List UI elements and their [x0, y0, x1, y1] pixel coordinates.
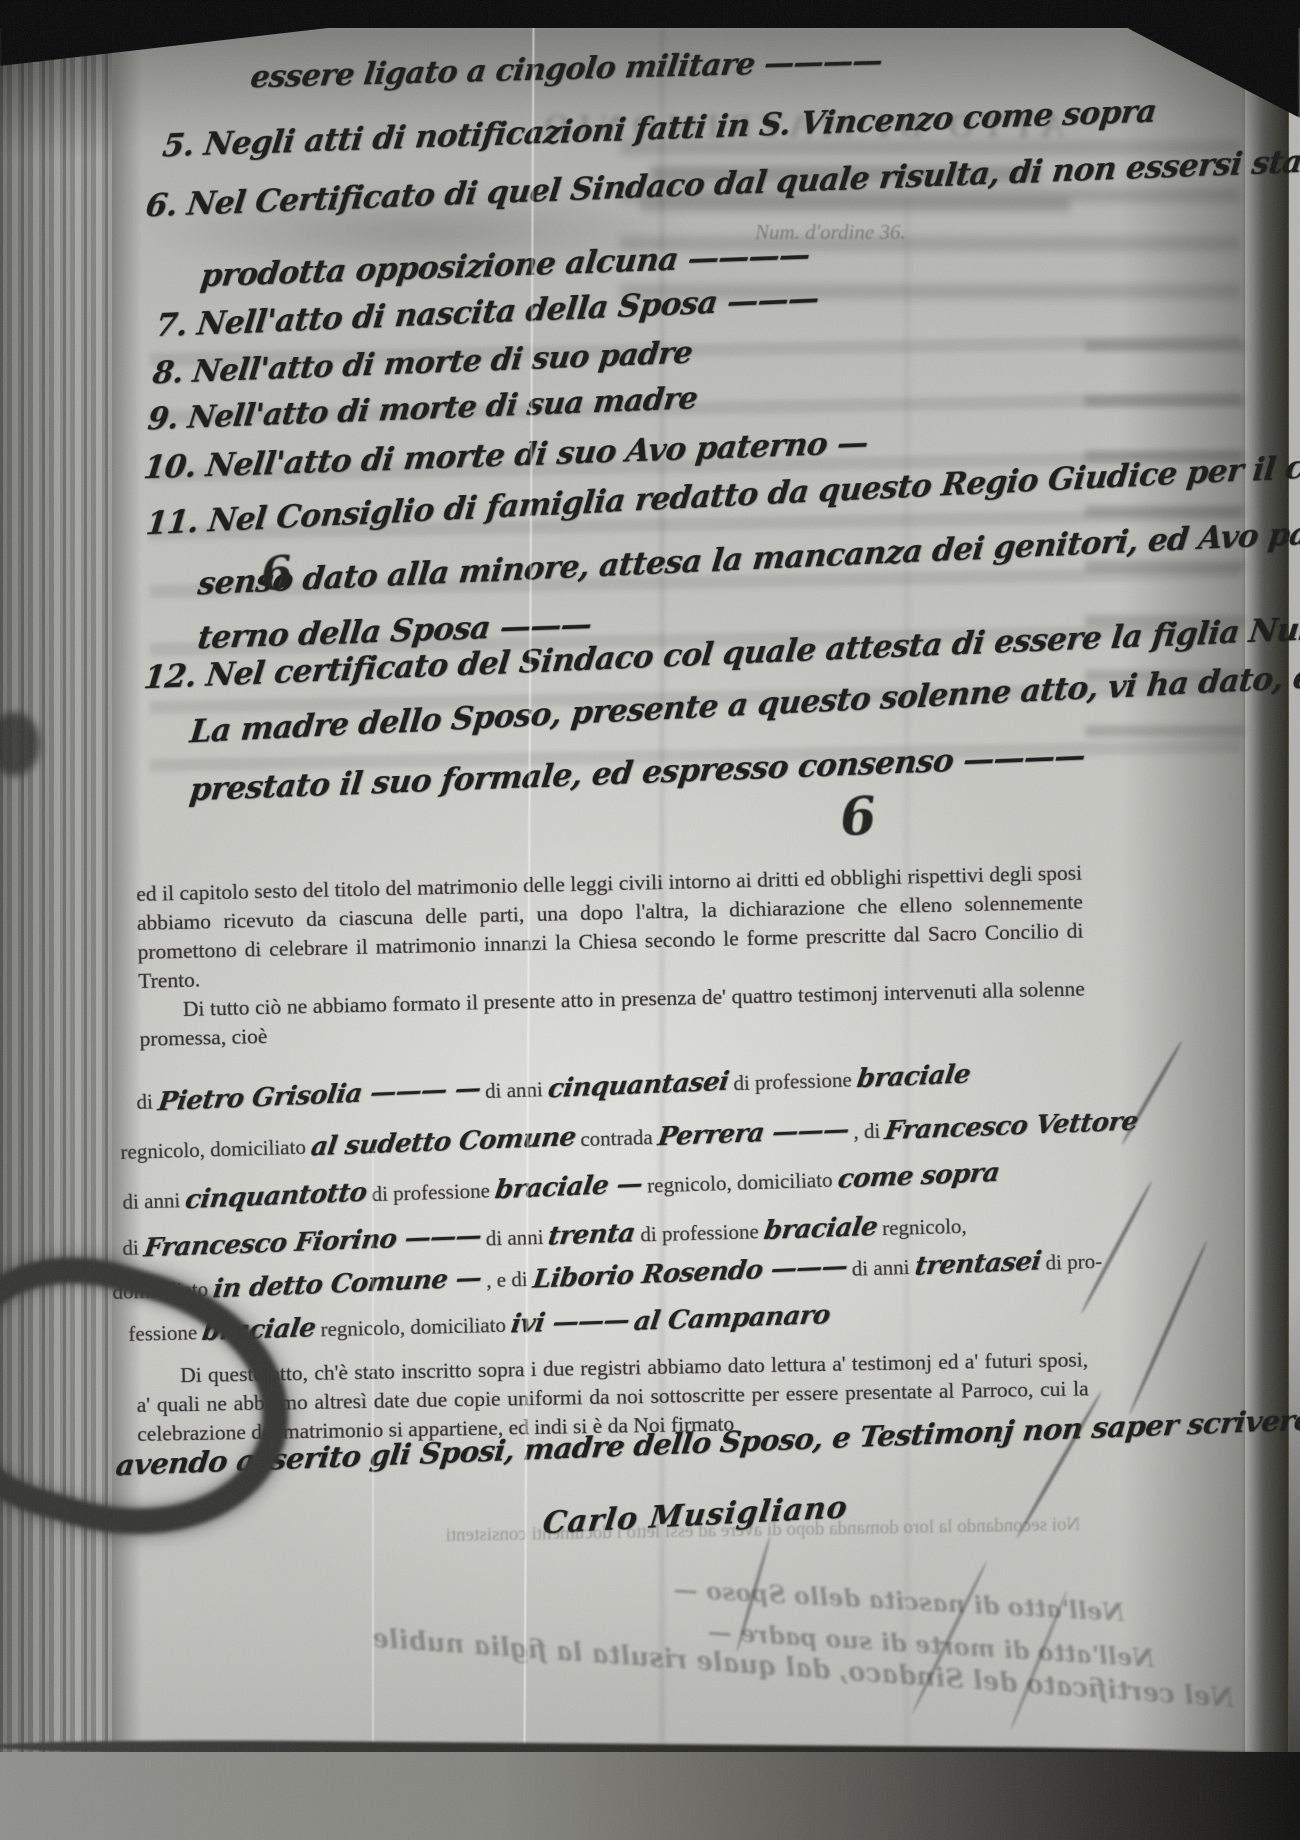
printed-fragment: di	[122, 1235, 144, 1260]
printed-fragment: di professione	[366, 1178, 496, 1206]
printed-fragment: regnicolo, domiciliato	[120, 1135, 311, 1164]
printed-declaration-paragraph: ed il capitolo sesto del titolo del matr…	[136, 859, 1086, 1054]
adjacent-page-edge	[1289, 0, 1300, 1840]
paper-fold-line	[905, 200, 909, 1760]
page-bottom-edge	[0, 1752, 1300, 1840]
printed-fragment: di anni	[122, 1188, 186, 1214]
ink-flourish-6: 6	[838, 785, 878, 848]
handwritten-profession: braciale	[762, 1212, 879, 1246]
handwritten-profession: braciale —	[493, 1169, 644, 1205]
printed-fragment: di professione	[728, 1067, 858, 1095]
printed-fragment: di anni	[479, 1077, 548, 1103]
printed-fragment: regnicolo, domiciliato	[315, 1313, 511, 1342]
printed-fragment: di	[136, 1089, 158, 1114]
handwritten-domicile: come sopra	[836, 1158, 1001, 1195]
handwritten-age: trenta	[547, 1218, 638, 1251]
printed-paragraph-1: ed il capitolo sesto del titolo del matr…	[136, 859, 1084, 996]
printed-fragment: regnicolo,	[877, 1214, 967, 1240]
printed-fragment: regnicolo, domiciliato	[642, 1168, 839, 1198]
paper-fold-line	[660, 28, 664, 1748]
printed-fragment: di professione	[635, 1219, 764, 1246]
printed-fragment: di anni	[480, 1225, 549, 1251]
book-edge-shadow	[0, 0, 118, 1840]
handwritten-contrada: Perrera ———	[656, 1115, 851, 1152]
printed-fragment: di pro-	[1040, 1249, 1103, 1275]
handwritten-age: trentasei	[913, 1246, 1043, 1281]
handwritten-profession: braciale	[855, 1059, 972, 1094]
printed-fragment: contrada	[575, 1125, 658, 1151]
scan-scratch-line	[372, 1150, 374, 1840]
book-gutter-shadow	[1243, 0, 1289, 1840]
ink-flourish-6: 6	[258, 545, 295, 602]
printed-fragment: , di	[848, 1119, 886, 1144]
scanned-register-page: ATTO DI MATRIMONIO Num. d'ordine 36. ess…	[0, 0, 1300, 1840]
